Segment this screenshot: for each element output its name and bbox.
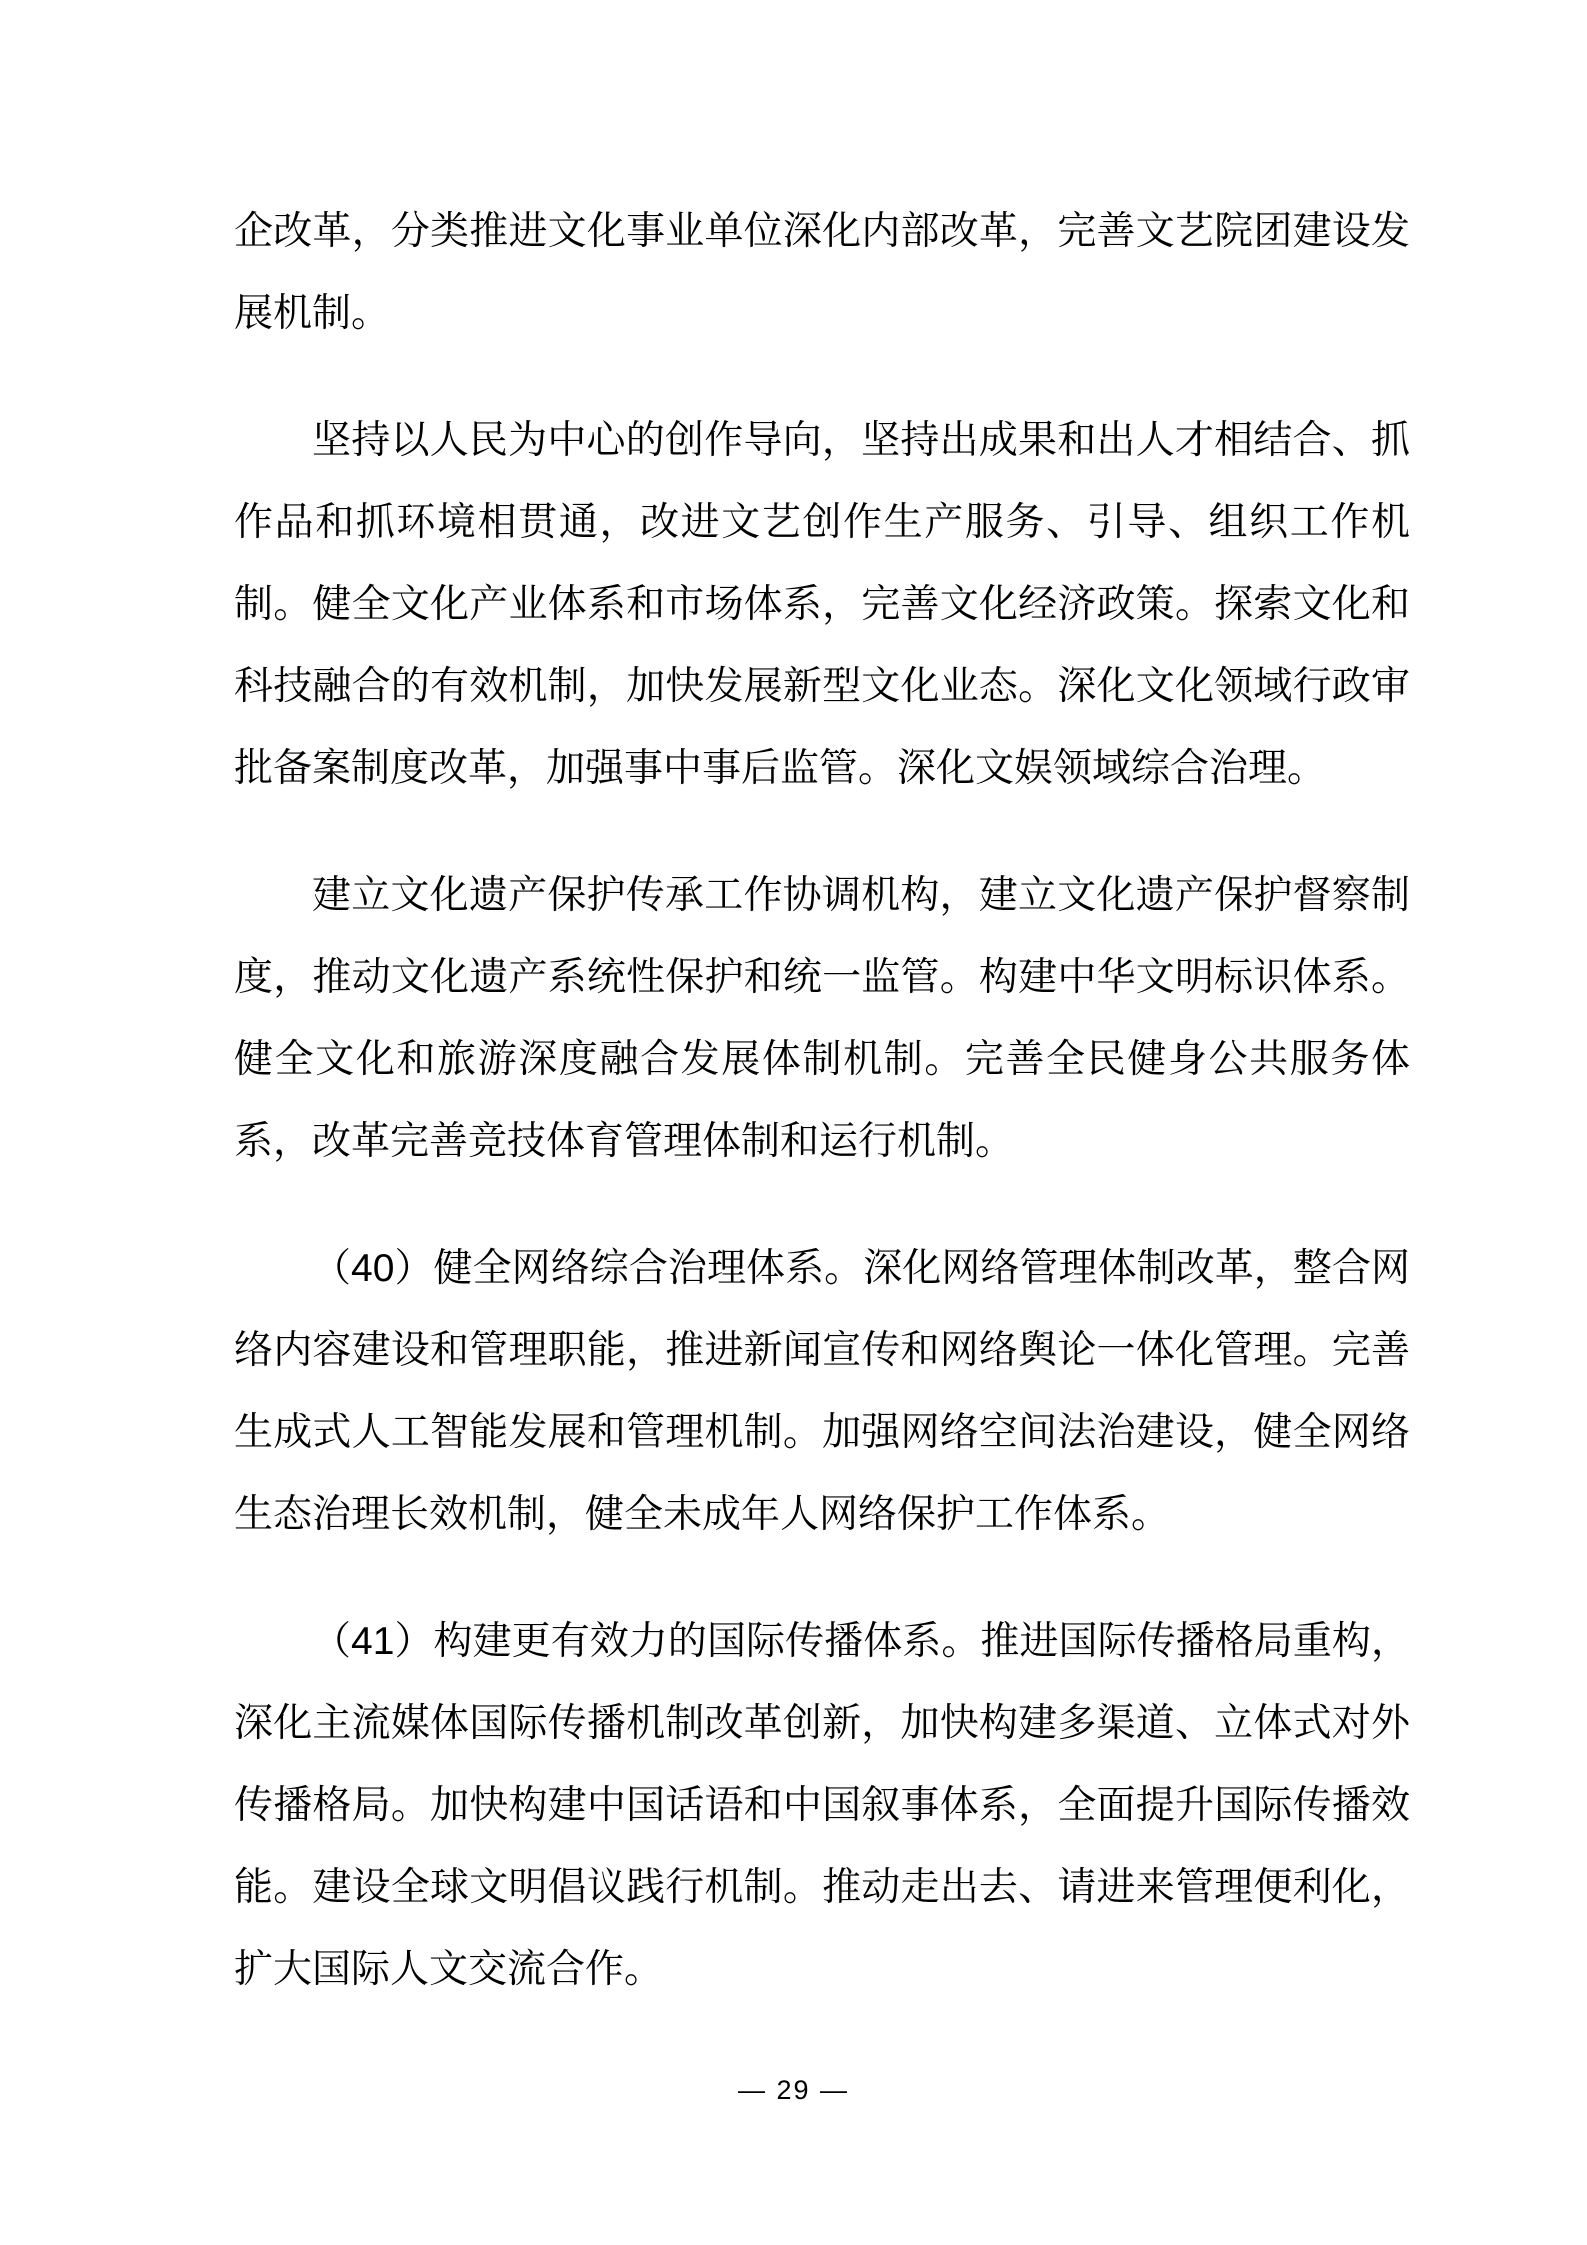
paragraph: 坚持以人民为中心的创作导向，坚持出成果和出人才相结合、抓作品和抓环境相贯通，改进…	[234, 400, 1410, 810]
paragraph: （41）构建更有效力的国际传播体系。推进国际传播格局重构，深化主流媒体国际传播机…	[234, 1601, 1410, 2011]
paragraph: 建立文化遗产保护传承工作协调机构，建立文化遗产保护督察制度，推动文化遗产系统性保…	[234, 855, 1410, 1183]
text-column: 企改革，分类推进文化事业单位深化内部改革，完善文艺院团建设发展机制。坚持以人民为…	[234, 191, 1410, 2056]
page-number: — 29 —	[0, 2072, 1587, 2108]
paragraph: （40）健全网络综合治理体系。深化网络管理体制改革，整合网络内容建设和管理职能，…	[234, 1228, 1410, 1556]
document-page: 企改革，分类推进文化事业单位深化内部改革，完善文艺院团建设发展机制。坚持以人民为…	[0, 0, 1587, 2245]
paragraph: 企改革，分类推进文化事业单位深化内部改革，完善文艺院团建设发展机制。	[234, 191, 1410, 355]
